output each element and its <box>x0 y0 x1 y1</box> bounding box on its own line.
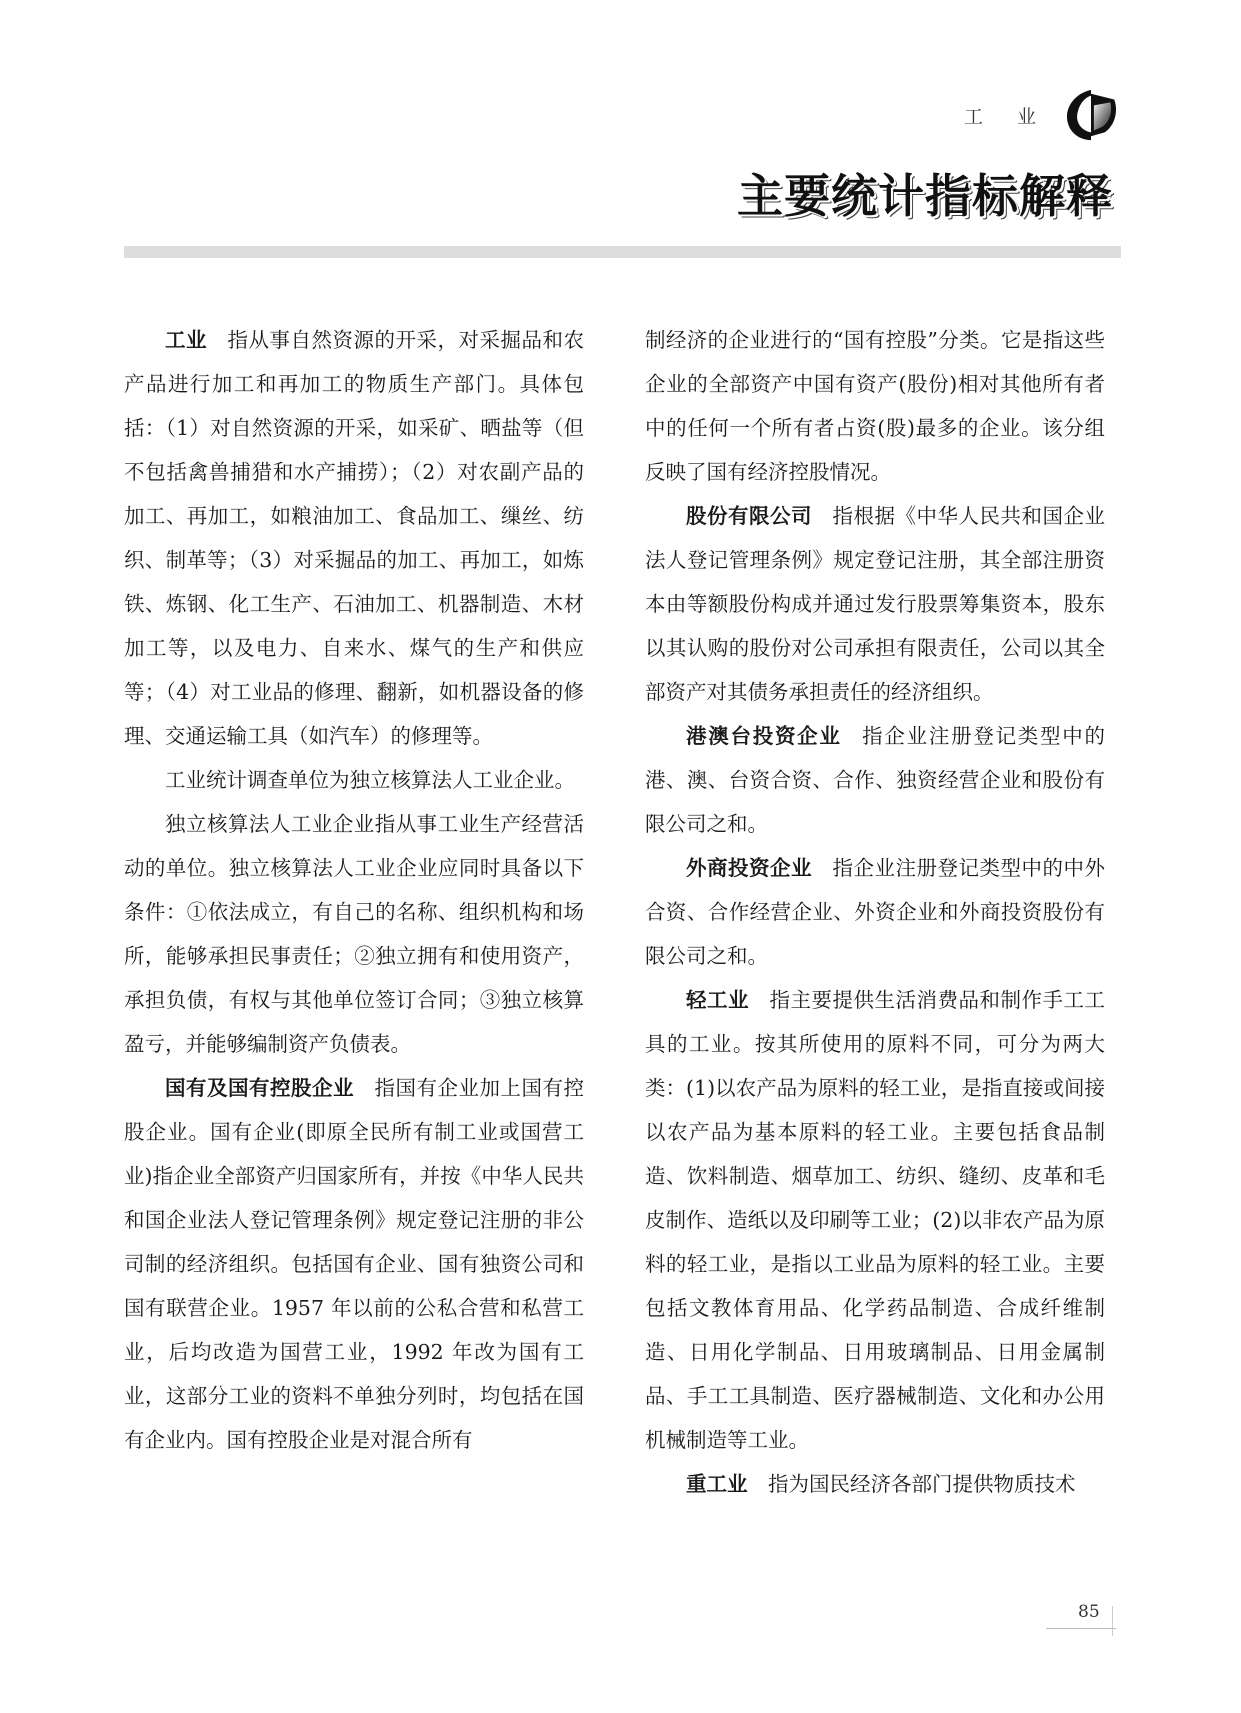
continued-paragraph: 制经济的企业进行的“国有控股”分类。它是指这些企业的全部资产中国有资产(股份)相… <box>645 318 1105 494</box>
definition-term: 港澳台投资企业 <box>686 724 842 748</box>
definition-text: 指根据《中华人民共和国企业法人登记管理条例》规定登记注册，其全部注册资本由等额股… <box>645 504 1105 704</box>
definition-paragraph: 国有及国有控股企业指国有企业加上国有控股企业。国有企业(即原全民所有制工业或国营… <box>124 1066 584 1462</box>
paragraph-text: 工业统计调查单位为独立核算法人工业企业。 <box>165 768 575 792</box>
definition-term: 轻工业 <box>686 988 749 1012</box>
definition-paragraph: 股份有限公司指根据《中华人民共和国企业法人登记管理条例》规定登记注册，其全部注册… <box>645 494 1105 714</box>
definition-term: 外商投资企业 <box>686 856 812 880</box>
definition-paragraph: 港澳台投资企业指企业注册登记类型中的港、澳、台资合资、合作、独资经营企业和股份有… <box>645 714 1105 846</box>
paragraph-text: 制经济的企业进行的“国有控股”分类。它是指这些企业的全部资产中国有资产(股份)相… <box>645 328 1105 484</box>
definition-term: 国有及国有控股企业 <box>165 1076 354 1100</box>
definition-text: 指国有企业加上国有控股企业。国有企业(即原全民所有制工业或国营工业)指企业全部资… <box>124 1076 584 1452</box>
page-number: 85 <box>1078 1602 1100 1622</box>
statistics-logo-icon <box>1062 86 1120 144</box>
paragraph: 工业统计调查单位为独立核算法人工业企业。 <box>124 758 584 802</box>
definition-paragraph: 轻工业指主要提供生活消费品和制作手工工具的工业。按其所使用的原料不同，可分为两大… <box>645 978 1105 1462</box>
right-column: 制经济的企业进行的“国有控股”分类。它是指这些企业的全部资产中国有资产(股份)相… <box>645 318 1105 1506</box>
paragraph: 独立核算法人工业企业指从事工业生产经营活动的单位。独立核算法人工业企业应同时具备… <box>124 802 584 1066</box>
section-label: 工 业 <box>964 102 1050 129</box>
definition-paragraph: 重工业指为国民经济各部门提供物质技术 <box>645 1462 1105 1506</box>
definition-paragraph: 外商投资企业指企业注册登记类型中的中外合资、合作经营企业、外资企业和外商投资股份… <box>645 846 1105 978</box>
header-rule <box>124 246 1121 258</box>
definition-term: 股份有限公司 <box>686 504 812 528</box>
definition-term: 重工业 <box>686 1472 748 1496</box>
left-column: 工业指从事自然资源的开采，对采掘品和农产品进行加工和再加工的物质生产部门。具体包… <box>124 318 584 1462</box>
paragraph-text: 独立核算法人工业企业指从事工业生产经营活动的单位。独立核算法人工业企业应同时具备… <box>124 812 584 1056</box>
definition-text: 指主要提供生活消费品和制作手工工具的工业。按其所使用的原料不同，可分为两大类：(… <box>645 988 1105 1452</box>
definition-text: 指为国民经济各部门提供物质技术 <box>768 1472 1076 1496</box>
page-title: 主要统计指标解释 <box>737 160 1113 226</box>
page-tick <box>1112 1606 1113 1636</box>
definition-term: 工业 <box>165 328 207 352</box>
definition-paragraph: 工业指从事自然资源的开采，对采掘品和农产品进行加工和再加工的物质生产部门。具体包… <box>124 318 584 758</box>
definition-text: 指从事自然资源的开采，对采掘品和农产品进行加工和再加工的物质生产部门。具体包括：… <box>124 328 584 748</box>
page-rule <box>1046 1628 1116 1629</box>
